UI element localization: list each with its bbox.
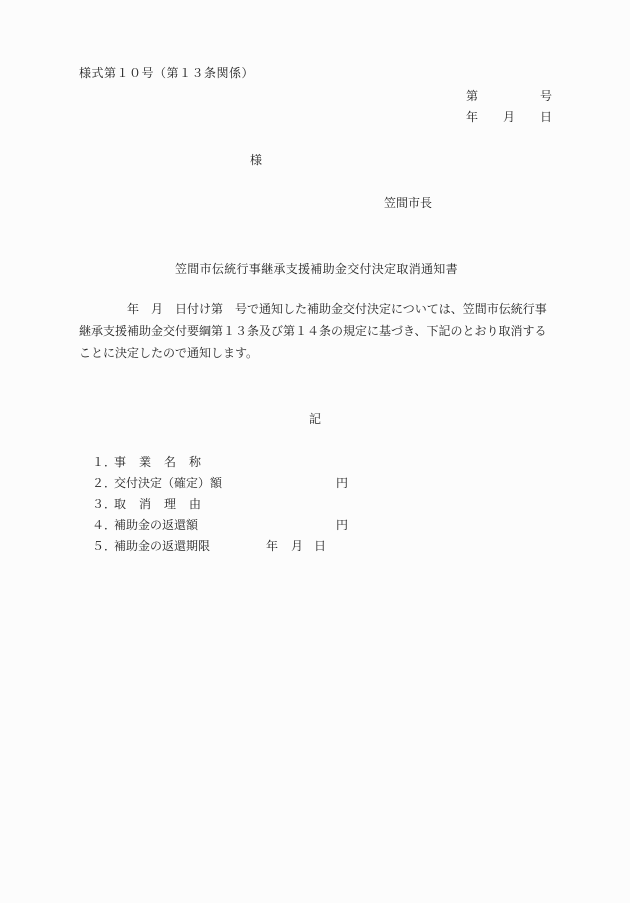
reference-dai: 第 [466,89,478,103]
item-date-year: 年 [266,539,278,553]
item-date-month: 月 [291,539,303,553]
date-month: 月 [503,110,515,124]
item-label: 補助金の返還額 [114,518,198,532]
list-item: １． 事業名称 [92,455,392,476]
body-line: 年 月 日付け第 号で通知した補助金交付決定については、笠間市伝統行事 [79,298,553,320]
body-line: 継承支援補助金交付要綱第１３条及び第１４条の規定に基づき、下記のとおり取消する [79,320,553,342]
date-year: 年 [466,110,478,124]
item-date-day: 日 [314,539,326,553]
item-label: 事業名称 [114,455,214,469]
reference-go: 号 [540,89,552,103]
item-unit: 円 [336,476,348,490]
item-number: ２． [92,476,114,490]
list-item: ４． 補助金の返還額 円 [92,518,392,539]
list-item: ３． 取消理由 [92,497,392,518]
list-item: ２． 交付決定（確定）額 円 [92,476,392,497]
item-number: ５． [92,539,114,553]
item-list: １． 事業名称 ２． 交付決定（確定）額 円 ３． 取消理由 ４． 補助金の返還… [92,455,392,560]
item-number: ３． [92,497,114,511]
item-label: 交付決定（確定）額 [114,476,222,490]
item-label: 補助金の返還期限 [114,539,210,553]
item-label: 取消理由 [114,497,214,511]
date-day: 日 [540,110,552,124]
item-unit: 円 [336,518,348,532]
sender-name: 笠間市長 [384,196,432,210]
item-number: ４． [92,518,114,532]
ki-heading: 記 [309,412,321,426]
item-number: １． [92,455,114,469]
document-title: 笠間市伝統行事継承支援補助金交付決定取消通知書 [175,262,458,276]
body-paragraph: 年 月 日付け第 号で通知した補助金交付決定については、笠間市伝統行事 継承支援… [79,298,553,364]
recipient-suffix: 様 [250,153,262,167]
form-number: 様式第１０号（第１３条関係） [79,66,254,80]
body-line: ことに決定したので通知します。 [79,342,553,364]
list-item: ５． 補助金の返還期限 年 月 日 [92,539,392,560]
